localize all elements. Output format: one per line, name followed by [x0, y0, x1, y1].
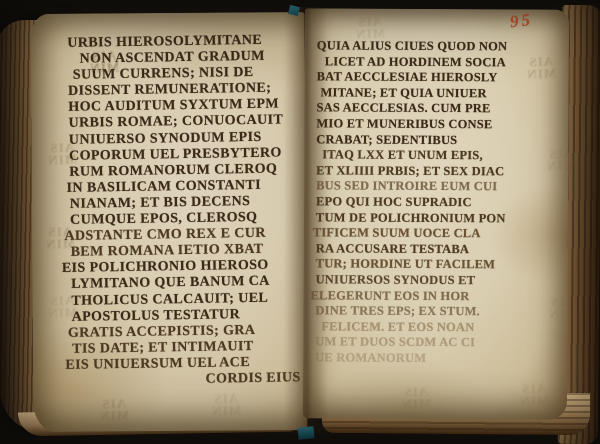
manuscript-line: ET XLIIII PRBIS; ET SEX DIAC: [316, 163, 566, 180]
manuscript-line: FELICEM. ET EOS NOAN: [321, 319, 565, 336]
manuscript-line: TIFICEM SUUM UOCE CLA: [313, 225, 566, 242]
manuscript-line: QUIA ALIUS CIUES QUOD NON: [317, 38, 567, 55]
manuscript-line: UM ET DUOS SCDM AC CI: [315, 335, 565, 352]
manuscript-line: SAS AECCLESIAS. CUM PRE: [316, 101, 566, 118]
manuscript-line: CRABAT; SEDENTIBUS: [316, 132, 566, 149]
manuscript-line: TUM DE POLICHRONIUM PON: [316, 210, 566, 227]
manuscript-line: BAT AECCLESIAE HIEROSLY: [317, 70, 567, 87]
manuscript-line: ITAQ LXX ET UNUM EPIS,: [322, 148, 566, 165]
manuscript-photo: AISMIN AISMIN AISMIN AISMIN AISMIN AISMI…: [0, 0, 600, 444]
manuscript-line: EPO QUI HOC SUPRADIC: [316, 194, 566, 211]
manuscript-line: LICET AD HORDINEM SOCIA: [325, 54, 567, 71]
left-page-text: URBIS HIEROSOLYMITANE NON ASCENDAT GRADU…: [67, 32, 307, 390]
right-page-text: QUIA ALIUS CIUES QUOD NON LICET AD HORDI…: [315, 38, 567, 367]
folio-number: 95: [509, 10, 534, 33]
teal-artifact-bottom: [297, 426, 314, 440]
manuscript-line: MITANE; ET QUIA UNIUER: [321, 85, 567, 102]
manuscript-line: UNIUERSOS SYNODUS ET: [316, 272, 566, 289]
manuscript-line: RA ACCUSARE TESTABA: [316, 241, 566, 258]
manuscript-line: MIO ET MUNERIBUS CONSE: [316, 116, 566, 133]
manuscript-line: UE ROMANORUM: [315, 350, 565, 367]
manuscript-line: TUR; HORDINE UT FACILEM: [316, 257, 566, 274]
manuscript-line: DINE TRES EPS; EX STUM.: [315, 303, 565, 320]
manuscript-line: BUS SED INTROIRE EUM CUI: [316, 179, 566, 196]
manuscript-line: ELEGERUNT EOS IN HOR: [310, 288, 565, 305]
